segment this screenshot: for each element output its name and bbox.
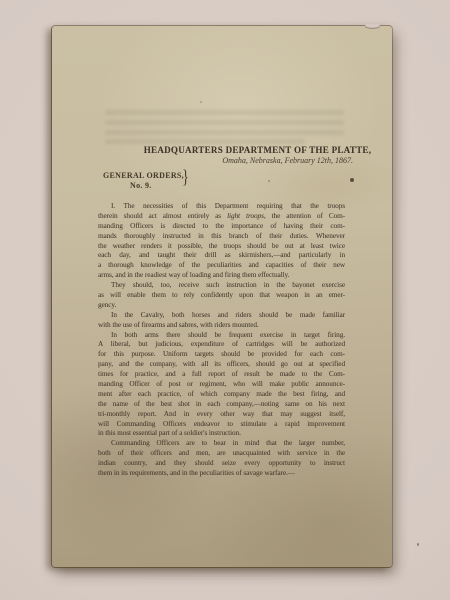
text-line: therein should act almost entirely as li… bbox=[98, 212, 345, 222]
headquarters-line: HEADQUARTERS DEPARTMENT OF THE PLATTE, bbox=[98, 145, 381, 155]
text-line: times for practice, and a full report of… bbox=[98, 370, 345, 380]
text-line: them in its requirements, and in the pec… bbox=[98, 469, 345, 479]
text-line: mands thoroughly instructed in this bran… bbox=[98, 232, 345, 242]
text-line: Commanding Officers are to bear in mind … bbox=[98, 439, 345, 449]
ink-speck bbox=[350, 178, 354, 182]
ink-speck bbox=[268, 180, 270, 182]
text-line: for this purpose. Uniform targets should… bbox=[98, 350, 345, 360]
dateline: Omaha, Nebraska, February 12th, 1867. bbox=[98, 156, 353, 165]
orders-number: No. 9. bbox=[130, 181, 152, 190]
photo-surface: HEADQUARTERS DEPARTMENT OF THE PLATTE, O… bbox=[0, 0, 450, 600]
text-line: each day, and taught their drill as skir… bbox=[98, 251, 345, 261]
text-line: the weather renders it possible, the tro… bbox=[98, 242, 345, 252]
text-line: indian country, and they should seize ev… bbox=[98, 459, 345, 469]
text-line: gency. bbox=[98, 301, 345, 311]
text-line: will Commanding Officers endeavor to sti… bbox=[98, 420, 345, 430]
text-line: In both arms there should be frequent ex… bbox=[98, 331, 345, 341]
ghost-text-line bbox=[105, 120, 344, 125]
text-line: They should, too, receive such instructi… bbox=[98, 281, 345, 291]
ink-speck bbox=[200, 101, 202, 103]
text-line: arms, and in the readiest way of loading… bbox=[98, 271, 345, 281]
ghost-text-line bbox=[105, 139, 305, 144]
orders-brace: } bbox=[182, 168, 189, 187]
text-line: pany, and the company, with all its offi… bbox=[98, 360, 345, 370]
document-page: HEADQUARTERS DEPARTMENT OF THE PLATTE, O… bbox=[52, 26, 392, 567]
text-line: with the use of firearms and sabres, wit… bbox=[98, 321, 345, 331]
text-line: tri-monthly report. And in every other w… bbox=[98, 410, 345, 420]
text-line: In the Cavalry, both horses and riders s… bbox=[98, 311, 345, 321]
orders-label: GENERAL ORDERS, bbox=[103, 171, 184, 180]
text-line: in this most essential part of a soldier… bbox=[98, 429, 345, 439]
text-line: manding Officers is directed to the impo… bbox=[98, 222, 345, 232]
text-line: both of their officers and men, are unac… bbox=[98, 449, 345, 459]
text-line: as will enable them to rely confidently … bbox=[98, 291, 345, 301]
text-line: the name of the best shot in each compan… bbox=[98, 400, 345, 410]
ghost-text-line bbox=[105, 130, 344, 135]
text-line: a thorough knowledge of the peculiaritie… bbox=[98, 261, 345, 271]
paper-edge-notch bbox=[365, 24, 380, 29]
text-line: manding Officer of post or regiment, who… bbox=[98, 380, 345, 390]
body-text: I. The necessities of this Department re… bbox=[98, 202, 345, 479]
ghost-text-line bbox=[105, 110, 344, 115]
surface-speck bbox=[417, 543, 419, 546]
text-line: A liberal, but judicious, expenditure of… bbox=[98, 340, 345, 350]
text-line: ment after each practice, of which compa… bbox=[98, 390, 345, 400]
text-line: I. The necessities of this Department re… bbox=[98, 202, 345, 212]
